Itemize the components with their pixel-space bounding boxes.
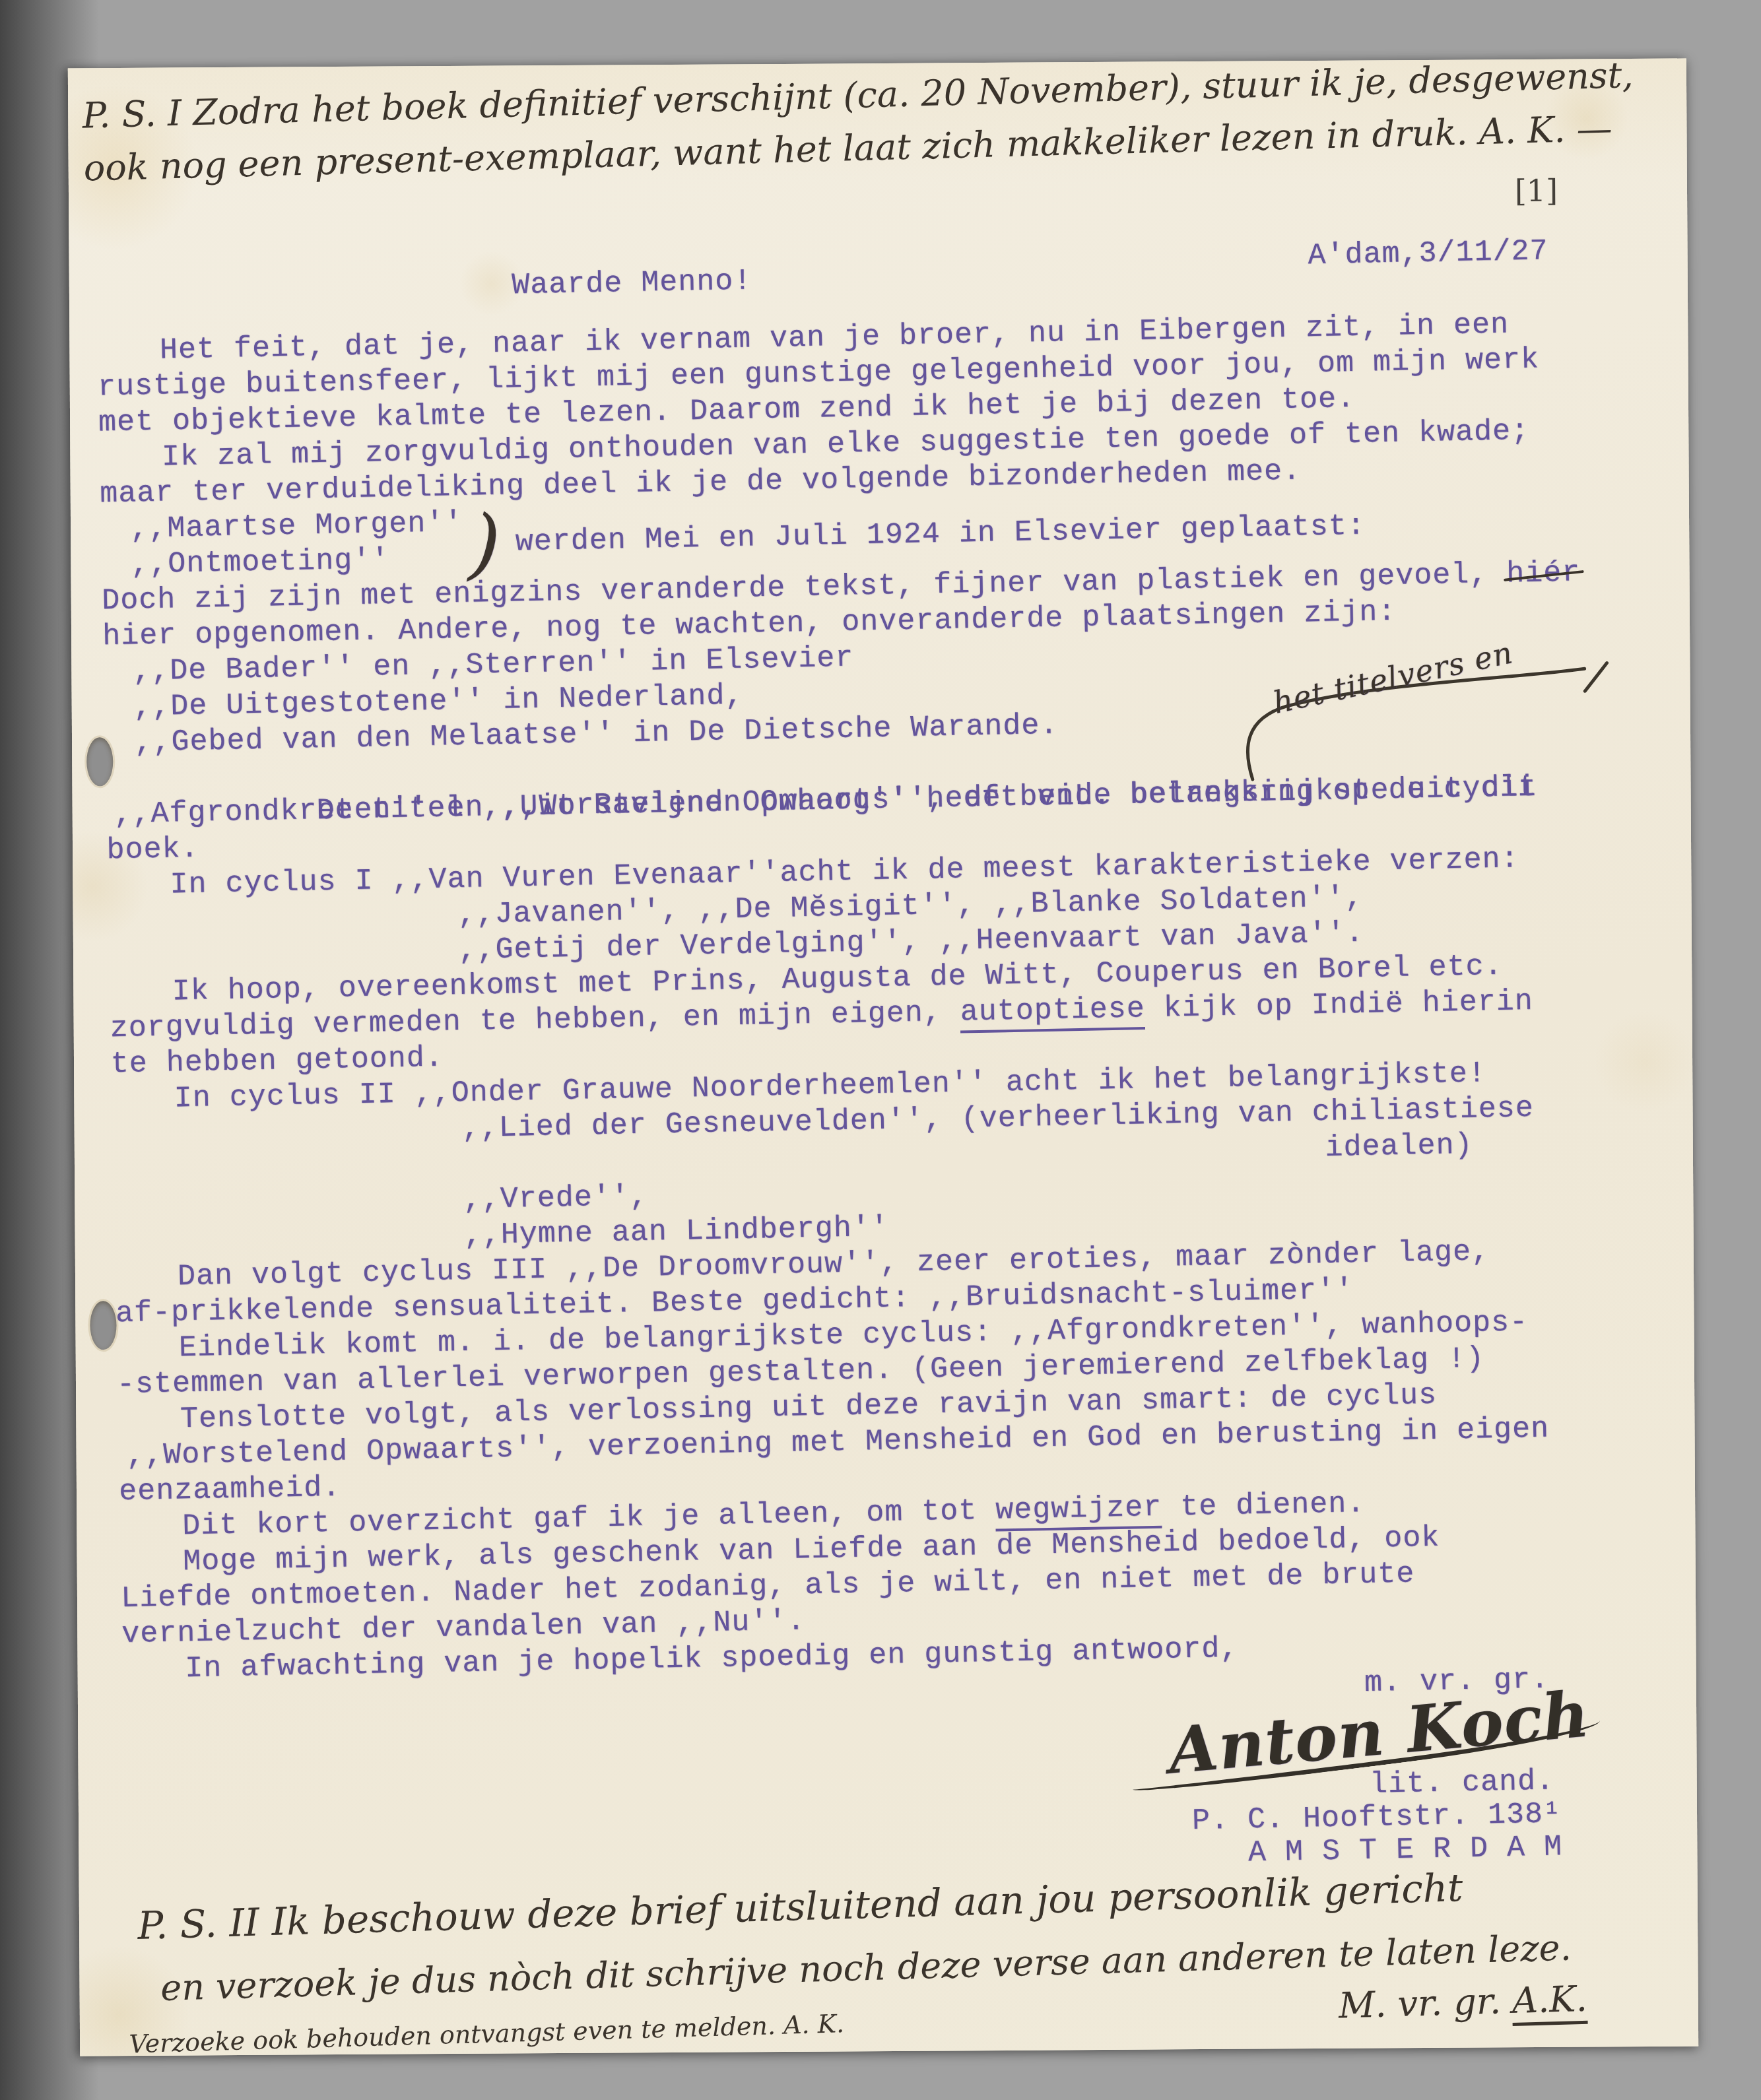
postscript-top: P. S. I Zodra het boek definitief versch… xyxy=(82,48,1678,195)
initials-signature: A.K. xyxy=(1512,1978,1588,2026)
scanner-background: P. S. I Zodra het boek definitief versch… xyxy=(0,0,1761,2100)
struck-word: hiér xyxy=(1506,556,1581,591)
letter-page: P. S. I Zodra het boek definitief versch… xyxy=(68,59,1698,2056)
punch-hole-bottom xyxy=(90,1301,116,1350)
typed-letter-body: Waarde Menno! A'dam,3/11/27 Het feit, da… xyxy=(96,247,1645,1891)
postscript-bottom-closing: M. vr. gr. A.K. xyxy=(1338,1976,1673,2027)
handwritten-brace: ) xyxy=(468,504,503,583)
underlined-word: wegwijzer xyxy=(995,1491,1162,1532)
dateline: A'dam,3/11/27 xyxy=(1308,232,1614,280)
punch-hole-top xyxy=(86,737,113,786)
page-number: [1] xyxy=(1515,173,1558,209)
typed-line: werden Mei en Juli 1924 in Elsevier gepl… xyxy=(515,509,1366,561)
salutation: Waarde Menno! xyxy=(512,263,752,310)
